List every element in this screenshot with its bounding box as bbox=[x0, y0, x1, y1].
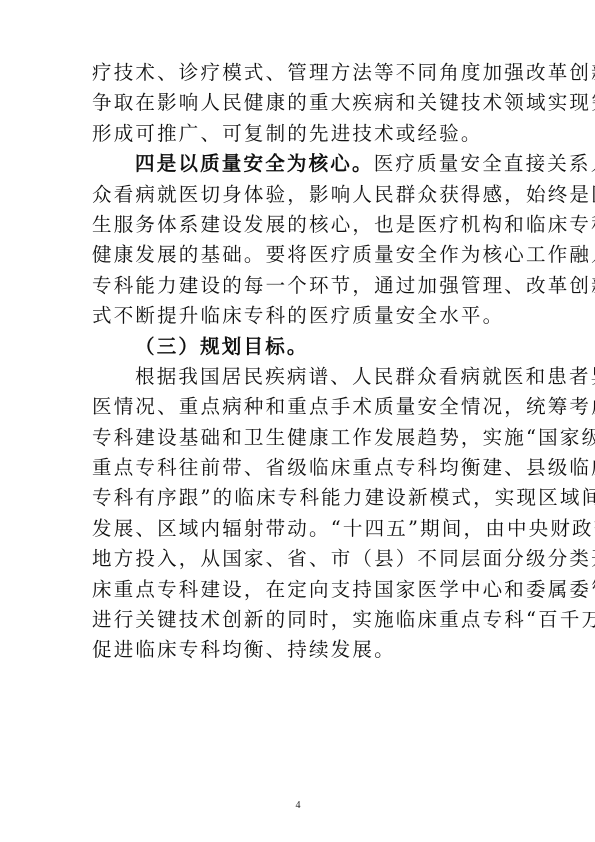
text-line: 医疗质量安全直接关系人民群 bbox=[374, 152, 595, 175]
paragraph-four-first-line: 四是以质量安全为核心。医疗质量安全直接关系人民群 bbox=[92, 149, 508, 179]
text-line: 专科能力建设的每一个环节，通过加强管理、改革创新等方 bbox=[92, 271, 508, 301]
text-line: 众看病就医切身体验，影响人民群众获得感，始终是医疗卫 bbox=[92, 180, 508, 210]
text-line: 发展、区域内辐射带动。“十四五”期间，由中央财政带动 bbox=[92, 514, 508, 544]
text-line: 重点专科往前带、省级临床重点专科均衡建、县级临床重点 bbox=[92, 453, 508, 483]
section-heading: （三）规划目标。 bbox=[92, 332, 508, 362]
document-page: 疗技术、诊疗模式、管理方法等不同角度加强改革创新研究， 争取在影响人民健康的重大… bbox=[0, 0, 595, 842]
text-line: 专科建设基础和卫生健康工作发展趋势，实施“国家级临床 bbox=[92, 423, 508, 453]
text-line: 进行关键技术创新的同时，实施临床重点专科“百千万工程”， bbox=[92, 605, 508, 635]
body-text: 疗技术、诊疗模式、管理方法等不同角度加强改革创新研究， 争取在影响人民健康的重大… bbox=[92, 58, 508, 666]
text-line: 疗技术、诊疗模式、管理方法等不同角度加强改革创新研究， bbox=[92, 58, 508, 88]
paragraph-four-heading: 四是以质量安全为核心。 bbox=[135, 152, 374, 175]
text-line: 专科有序跟”的临床专科能力建设新模式，实现区域间均衡 bbox=[92, 483, 508, 513]
text-line: 医情况、重点病种和重点手术质量安全情况，统筹考虑我国 bbox=[92, 392, 508, 422]
text-line: 健康发展的基础。要将医疗质量安全作为核心工作融入临床 bbox=[92, 240, 508, 270]
text-line: 地方投入，从国家、省、市（县）不同层面分级分类开展临 bbox=[92, 544, 508, 574]
text-line: 促进临床专科均衡、持续发展。 bbox=[92, 635, 508, 665]
text-line: 式不断提升临床专科的医疗质量安全水平。 bbox=[92, 301, 508, 331]
text-line: 争取在影响人民健康的重大疾病和关键技术领域实现突破， bbox=[92, 88, 508, 118]
text-line: 根据我国居民疾病谱、人民群众看病就医和患者异地就 bbox=[92, 362, 508, 392]
text-line: 形成可推广、可复制的先进技术或经验。 bbox=[92, 119, 508, 149]
page-number: 4 bbox=[290, 800, 306, 811]
text-line: 生服务体系建设发展的核心，也是医疗机构和临床专科持续 bbox=[92, 210, 508, 240]
text-line: 床重点专科建设，在定向支持国家医学中心和委属委管医院 bbox=[92, 575, 508, 605]
